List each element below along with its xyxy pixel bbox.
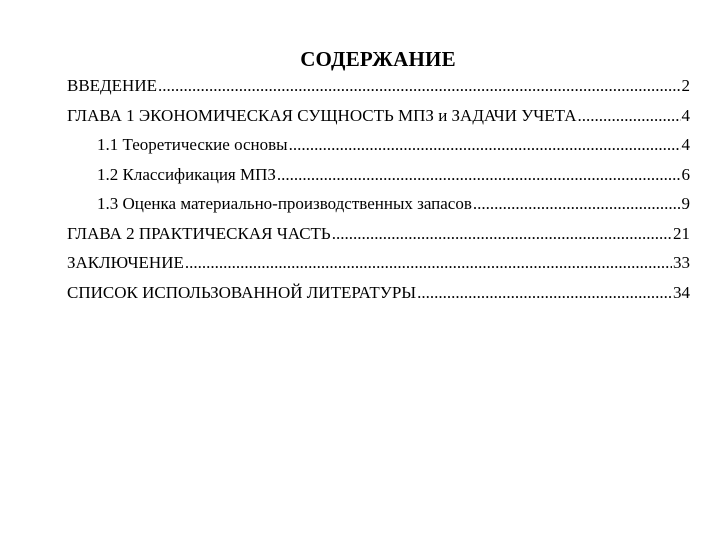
toc-entry-label: ВВЕДЕНИЕ bbox=[67, 74, 157, 98]
toc-entry-page: 4 bbox=[682, 104, 691, 128]
toc-entry-page: 33 bbox=[673, 251, 690, 275]
toc-title: СОДЕРЖАНИЕ bbox=[0, 47, 714, 71]
toc-entry-chapter-2[interactable]: ГЛАВА 2 ПРАКТИЧЕСКАЯ ЧАСТЬ 21 bbox=[67, 222, 690, 252]
toc-entry-label: 1.2 Классификация МПЗ bbox=[97, 163, 276, 187]
dot-leader bbox=[158, 74, 681, 98]
toc-entry-page: 34 bbox=[673, 281, 690, 305]
toc-entry-page: 6 bbox=[682, 163, 691, 187]
table-of-contents: ВВЕДЕНИЕ 2 ГЛАВА 1 ЭКОНОМИЧЕСКАЯ СУЩНОСТ… bbox=[67, 74, 690, 310]
toc-entry-label: 1.3 Оценка материально-производственных … bbox=[97, 192, 472, 216]
toc-entry-label: ГЛАВА 1 ЭКОНОМИЧЕСКАЯ СУЩНОСТЬ МПЗ и ЗАД… bbox=[67, 104, 577, 128]
toc-entry-introduction[interactable]: ВВЕДЕНИЕ 2 bbox=[67, 74, 690, 104]
toc-entry-chapter-1[interactable]: ГЛАВА 1 ЭКОНОМИЧЕСКАЯ СУЩНОСТЬ МПЗ и ЗАД… bbox=[67, 104, 690, 134]
dot-leader bbox=[185, 251, 672, 275]
toc-entry-label: 1.1 Теоретические основы bbox=[97, 133, 288, 157]
toc-entry-page: 2 bbox=[682, 74, 691, 98]
toc-entry-label: ГЛАВА 2 ПРАКТИЧЕСКАЯ ЧАСТЬ bbox=[67, 222, 331, 246]
dot-leader bbox=[277, 163, 681, 187]
dot-leader bbox=[289, 133, 681, 157]
toc-entry-section-1-3[interactable]: 1.3 Оценка материально-производственных … bbox=[67, 192, 690, 222]
document-page: СОДЕРЖАНИЕ ВВЕДЕНИЕ 2 ГЛАВА 1 ЭКОНОМИЧЕС… bbox=[0, 0, 714, 550]
toc-entry-section-1-2[interactable]: 1.2 Классификация МПЗ 6 bbox=[67, 163, 690, 193]
toc-entry-label: ЗАКЛЮЧЕНИЕ bbox=[67, 251, 184, 275]
toc-entry-page: 4 bbox=[682, 133, 691, 157]
dot-leader bbox=[417, 281, 672, 305]
dot-leader bbox=[473, 192, 681, 216]
toc-entry-conclusion[interactable]: ЗАКЛЮЧЕНИЕ 33 bbox=[67, 251, 690, 281]
toc-entry-section-1-1[interactable]: 1.1 Теоретические основы 4 bbox=[67, 133, 690, 163]
toc-entry-page: 21 bbox=[673, 222, 690, 246]
toc-entry-label: СПИСОК ИСПОЛЬЗОВАННОЙ ЛИТЕРАТУРЫ bbox=[67, 281, 416, 305]
toc-entry-page: 9 bbox=[682, 192, 691, 216]
dot-leader bbox=[332, 222, 672, 246]
dot-leader bbox=[578, 104, 681, 128]
toc-entry-bibliography[interactable]: СПИСОК ИСПОЛЬЗОВАННОЙ ЛИТЕРАТУРЫ 34 bbox=[67, 281, 690, 311]
